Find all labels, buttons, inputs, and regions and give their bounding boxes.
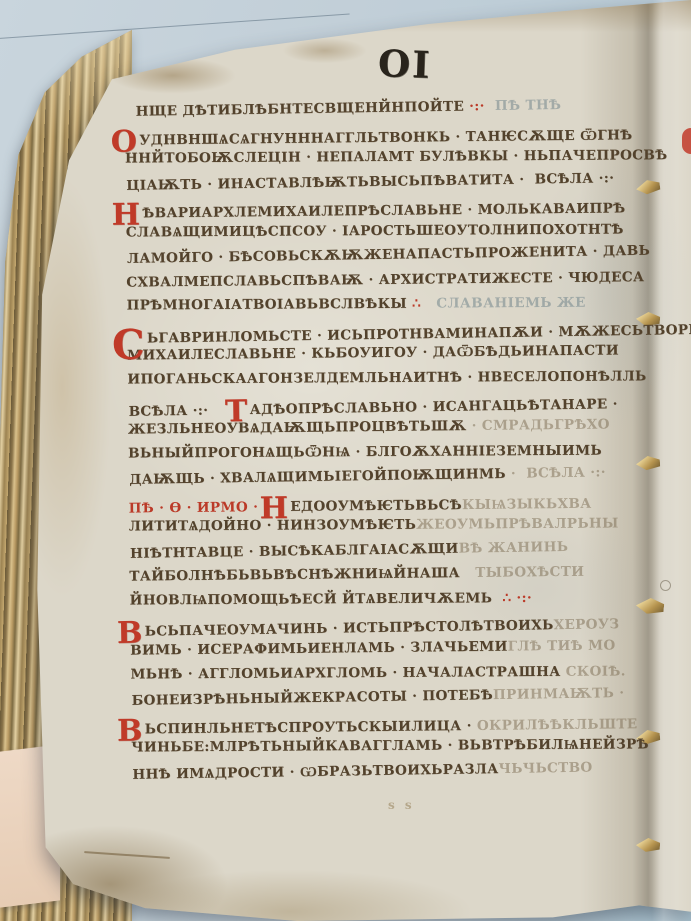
faded-text: · СМРАДЬГРѢХО (472, 417, 610, 434)
ink-text: НІѢТНТАВЦЕ · ВЫСѢКАБЛГАІАСѪЩИ (130, 541, 459, 562)
rubric-initial: С (112, 325, 146, 367)
ink-text: ЬСЬПАЧЕОУМАЧИНЬ · ИСТЬПРѢСТОЛѢТВОИХЬ (145, 618, 554, 640)
bottom-quire-mark: ѕ ѕ (388, 798, 415, 812)
ink-text: ННѢ ИМѦДРОСТИ · ѠБРАЗЬТВОИХЬРАЗЛА (132, 761, 498, 783)
folio-number: ОІ (377, 41, 432, 87)
faded-text: ПРИНМАѬТЬ · (493, 685, 625, 703)
ink-text: ННЙТОБОѬСЛЕЦІН · НЕПАЛАМТ БУЛѢВКЫ · НЬПА… (125, 147, 668, 166)
faded-text: ХЕРОУЗ (554, 617, 620, 634)
ink-text: АДѢОПРѢСЛАВЬНО · ИСАНГАЦЬѢТАНАРЕ · (250, 396, 618, 418)
manuscript-photo: ОІ НЩЕ ДѢТИБЛѢБНТЕСВЩЕНЙНПОЙТЕ ·:· ПѢ ТН… (0, 0, 691, 921)
faded-text: ЖЕОУМЬПРѢВАЛРЬНЫ (416, 516, 619, 533)
facing-page-rubric-fragment (682, 128, 691, 154)
ink-text: УДНВНШѦСѦГНУНННАГГЛЬТВОНКЬ · ТАНѤСѪЩЕ ѾГ… (139, 127, 632, 148)
faded-text: · ВСѢЛА ·:· (511, 465, 606, 482)
faded-text: ТЫБОХѢСТИ (460, 564, 585, 581)
ink-text: ЛИТИТѦДОЙНО · НИНЗОУМѢѤТЬ (129, 517, 416, 535)
faded-text: ВѢ ЖАНИНЬ (459, 539, 569, 557)
text-block: НЩЕ ДѢТИБЛѢБНТЕСВЩЕНЙНПОЙТЕ ·:· ПѢ ТНѢОУ… (114, 97, 633, 790)
faded-text: ОКРИЛѢѢКЛЬШТЕ (477, 716, 638, 734)
ink-text: ЬСПИНЛЬНЕТѢСПРОУТЬСКЫИЛИЦА · (145, 718, 477, 737)
faded-text: ЧЬЧЬСТВО (498, 759, 592, 776)
ink-text: ВЬНЫЙПРОГОНѦЩЬѾНѨ · БЛГОѪХАННІЕЗЕМНЫИМЬ (128, 442, 602, 461)
ink-text: ЕДООУМѢѤТЬВЬСѢ (290, 497, 462, 515)
faded-text: СЛАВАНІЕМЬ ЖЕ (421, 295, 586, 312)
faded-text: СКОІѢ. (561, 663, 626, 679)
ink-text: ѢВАРИАРХЛЕМИХАИЛЕПРѢСЛАВЬНЕ · МОЛЬКАВАИП… (142, 201, 625, 222)
faded-text: КЫѨЗЫКЬХВА (462, 495, 592, 512)
ink-text: МЬНѢ · АГГЛОМЬИАРХГЛОМЬ · НАЧАЛАСТРАШНА (130, 663, 560, 682)
ink-text: ЙНОВЛѨПОМОЩЬѢЕСЙ ЙТѦВЕЛИЧѪЕМЬ (130, 590, 498, 608)
ink-text: НЩЕ ДѢТИБЛѢБНТЕСВЩЕНЙНПОЙТЕ (125, 98, 469, 119)
rubric-initial: В (117, 619, 143, 649)
rubric-text: ПѢ · Ѳ · ИРМО · (129, 499, 259, 516)
ink-text: СЛАВѦЩИМИЦѢСПСОУ · ІАРОСТЬШЕОУТОЛНИПОХОТ… (126, 221, 624, 240)
faded-text: ПѢ ТНѢ (485, 97, 562, 114)
ink-text: ПРѢМНОГАІАТВОІАВЬВСЛВѢКЫ (127, 296, 413, 314)
rubric-text: ·:· (469, 98, 485, 114)
ink-text: ВСѢЛА ·:· (129, 402, 209, 419)
faded-text: ГЛѢ ТИѢ МО (508, 638, 616, 655)
rubric-text: ∴ ·:· (497, 590, 532, 606)
ink-text: ИПОГАНЬСКААГОНЗЕЛДЕМЛЬНАИТНѢ · НВЕСЕЛОПО… (127, 368, 646, 387)
ink-text: ЧИНЬБЕ:МЛРѢТЬНЫЙКАВАГГЛАМЬ · ВЬВТРѢБИЛѨН… (131, 737, 649, 756)
rubric-initial: Т (225, 397, 248, 427)
rubric-text: ∴ (412, 296, 421, 312)
ring-stain (660, 580, 671, 591)
